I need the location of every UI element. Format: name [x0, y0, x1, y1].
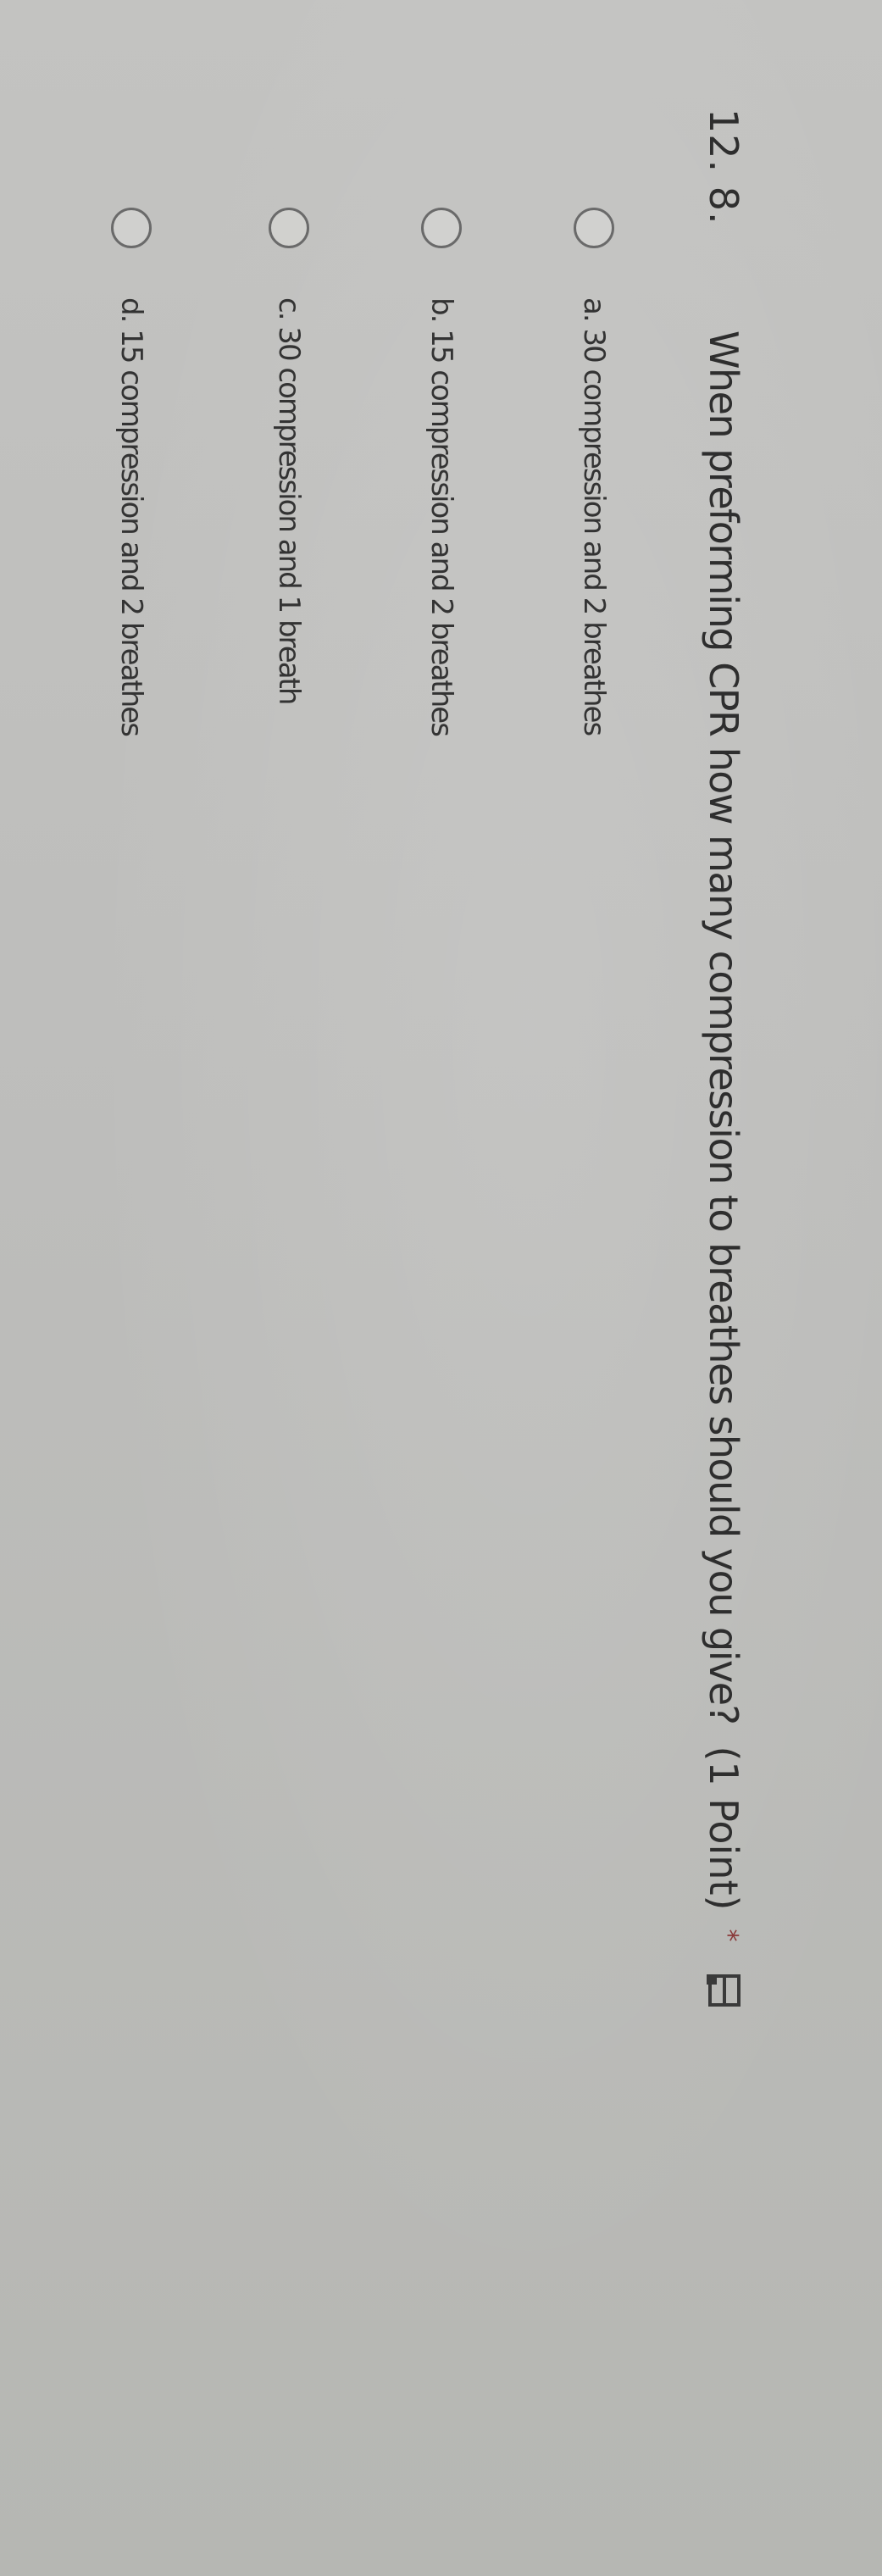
option-c[interactable]: c. 30 compression and 1 breath: [269, 208, 309, 703]
question-points: (1 Point): [701, 1746, 746, 1910]
radio-option-d[interactable]: [111, 208, 152, 248]
radio-option-c[interactable]: [269, 208, 309, 248]
quiz-form: 12. 8. When preforming CPR how many comp…: [0, 0, 882, 2576]
question-number: 12. 8.: [701, 108, 746, 330]
radio-option-b[interactable]: [421, 208, 462, 248]
photo-of-quiz-screen: 12. 8. When preforming CPR how many comp…: [0, 0, 882, 2576]
option-b[interactable]: b. 15 compression and 2 breathes: [421, 208, 462, 736]
option-a[interactable]: a. 30 compression and 2 breathes: [574, 208, 614, 735]
immersive-reader-icon[interactable]: [705, 1971, 742, 2010]
question-text: When preforming CPR how many compression…: [701, 330, 746, 1724]
option-d-label[interactable]: d. 15 compression and 2 breathes: [114, 297, 148, 736]
question-header: 12. 8. When preforming CPR how many comp…: [701, 108, 746, 2010]
option-a-label[interactable]: a. 30 compression and 2 breathes: [577, 297, 611, 735]
option-b-label[interactable]: b. 15 compression and 2 breathes: [424, 297, 458, 736]
option-c-label[interactable]: c. 30 compression and 1 breath: [272, 297, 306, 703]
required-asterisk: *: [714, 1929, 744, 1940]
option-d[interactable]: d. 15 compression and 2 breathes: [111, 208, 152, 736]
radio-option-a[interactable]: [574, 208, 614, 248]
immersive-reader-icon-glyph: [705, 1971, 742, 2010]
